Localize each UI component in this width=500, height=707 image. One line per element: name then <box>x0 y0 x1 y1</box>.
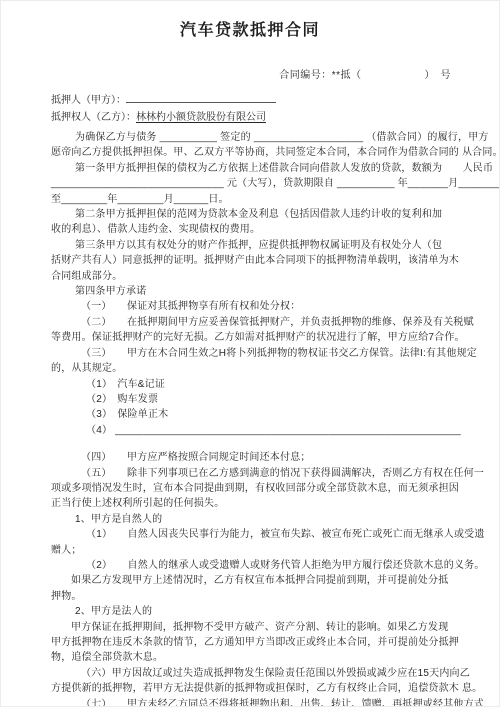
contract-line: （4） ____________________________________… <box>51 423 455 438</box>
contract-line: （1） 自然人因丧失民事行为能力，被宣布失踪、被宣布死亡或死亡而无继承人或受遗 <box>51 527 455 542</box>
contract-line: 第四条甲方承诺 <box>51 284 455 299</box>
contract-line: 如果乙方发现甲方上述情况时，乙方有权宣布本抵押合同提前到期，并可提前处分抵 <box>51 573 455 588</box>
contract-line: 押物。 <box>51 589 455 604</box>
contract-line: 1、甲方是自然人的 <box>51 512 455 527</box>
contract-line: 2、甲方是法人的 <box>51 604 455 619</box>
contract-line: （七） 甲方未经乙方同总不得将抵押物出租、出售、转让、馈赠、再抵押或经其他方式 <box>51 697 455 707</box>
contract-line: 方提供新的抵押物，若甲方无法提供新的抵押物或担保时，乙方有权终止合同，追偿贷款木… <box>51 681 455 696</box>
contract-line: （四） 甲方应严格按照合同规定时间还本付息； <box>51 450 455 465</box>
contract-line: 等费用。保证抵押财产的完好无损。乙方如需对抵押财产的状况进行了解，甲方应给7合作… <box>51 330 455 345</box>
contract-line: 至________年________月______日。 <box>51 192 455 207</box>
contract-line: 合同组成部分。 <box>51 269 455 284</box>
contract-line: （二） 在抵押期间甲方应妥善保管抵押财产，并负责抵押物的维修、保养及有关税赋 <box>51 315 455 330</box>
parties-block: 抵押人（甲方）： 抵押权人（乙方）：林林杓小额贷款股份有限公司 <box>51 91 454 126</box>
contract-line: 第三条甲方以其有权处分的财产作抵押，应提供抵押物权属证明及有权处分人（包 <box>51 238 455 253</box>
contract-line: 第一条甲方抵押担保的债权为乙方依据上述借款合同向借款人发放的贷款，数额为 人民币 <box>51 161 455 176</box>
contract-document-page: 汽车贷款抵押合同 合同编号：**抵（ ） 号 抵押人（甲方）： 抵押权人（乙方）… <box>0 0 500 707</box>
contract-line: （五） 除非下列事项已在乙方感到满意的悄况下获得圆满解决，否则乙方有权在任何一 <box>51 466 455 481</box>
party-a-row: 抵押人（甲方）： <box>51 91 454 109</box>
party-b-name: 林林杓小额贷款股份有限公司 <box>136 112 266 123</box>
contract-line: （1） 汽车&记证 <box>51 377 455 392</box>
document-title: 汽车贷款抵押合同 <box>1 17 499 40</box>
contract-line: 的，从其规定。 <box>51 361 455 376</box>
party-a-blank-field <box>126 91 276 103</box>
contract-number: 合同编号：**抵（ ） 号 <box>1 66 499 81</box>
contract-line: 甲方保证在抵押期间，抵押物不受甲方破产、资产分割、转让的影响。如果乙方发现 <box>51 620 455 635</box>
contract-line: 愿帝向乙方提供抵押担保。甲、乙双方平等协商，共同签定本合同，本合同作为借款合同的… <box>51 145 455 160</box>
contract-line: 甲方抵押物在违反木条款的情节，乙方通知甲方当即改正或终止本合同，并可提前处分抵押 <box>51 635 455 650</box>
contract-line: （一） 保证对其抵押物享有所有权和处分权： <box>51 299 455 314</box>
contract-line: （2） 购车发票 <box>51 392 455 407</box>
contract-line: （3） 保险单正木 <box>51 407 455 422</box>
party-a-label: 抵押人（甲方）： <box>51 95 126 106</box>
contract-line: 第二条甲方抵押担保的范网为贷款本金及利息（包括因借款人违约计收的复利和加 <box>51 207 455 222</box>
party-b-row: 抵押权人（乙方）：林林杓小额贷款股份有限公司 <box>51 109 454 126</box>
contract-line: 括财产共有人）同意抵押的证明。抵押财产由此本合同项下的抵押物清单载明，该清单为木 <box>51 253 455 268</box>
contract-line: 收的利息）、借款人违约金、实现债权的费用。 <box>51 222 455 237</box>
contract-line: 为确保乙方与债务 __________ 签定的 ________________… <box>51 130 455 145</box>
contract-body: 为确保乙方与债务 __________ 签定的 ________________… <box>51 130 455 707</box>
party-b-label: 抵押权人（乙方）： <box>51 112 136 123</box>
contract-line: ______________________________ 元（大写），贷款期… <box>51 176 455 191</box>
contract-line: 物，追偿全部贷款木息。 <box>51 650 455 665</box>
contract-line: （六）甲方因故辽或过失造成抵押物发生保险责任范围以外毁损或减少应在15天内向乙 <box>51 666 455 681</box>
contract-line: 项或多项悄况发生时，宣布本合同提曲到期，有权收回部分或全部贷款木息，而无须承担因 <box>51 481 455 496</box>
contract-line: （三） 甲方在木合同生效之H将卜列抵押物的物权证书交乙方保管。法律I:有其他规定 <box>51 346 455 361</box>
contract-line: 正当行使上述权利所引起的任何损失。 <box>51 496 455 511</box>
contract-line: 赠人； <box>51 543 455 558</box>
contract-line: （2） 自然人的继承人或受遗赠人或财务代管人拒绝为甲方履行偿还贷款木息的义务。 <box>51 558 455 573</box>
